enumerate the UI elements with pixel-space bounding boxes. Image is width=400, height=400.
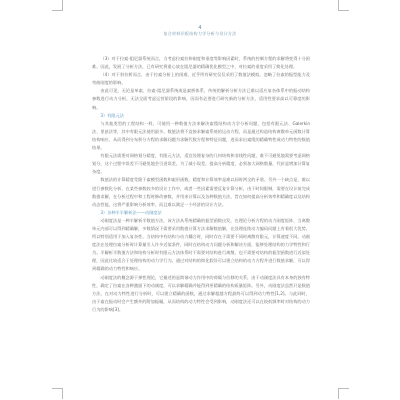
paragraph: 与其他类型的工程结构一样，可使用一种数值方法来解决索缆结构动力学分析问题，包括有… — [92, 120, 310, 152]
section-heading: 3）有限元法 — [92, 112, 310, 120]
section-heading: 3）各种半半解析法——动刚度法 — [92, 209, 310, 217]
page-header: 4 复合材料层板结构力学分析与设计方法 — [0, 25, 400, 37]
crop-mark-top-left — [52, 0, 63, 11]
body-text: （3）对于拉索-阻尼器系统而言，当考虑拉索拉伸刚度和垂度等影响因素时，系统的控制… — [92, 55, 310, 314]
crop-mark-bottom-left — [52, 388, 63, 399]
paragraph: （4）对于斜拉桥而言，由于拉索分析上的困难，近乎所有研究仅仅采用了数值法模拟，忽… — [92, 71, 310, 87]
paragraph: 动刚度法的概念源于弹性理论，它描述的是简谐动力作用中的荷载与位移的关系，由于动刚… — [92, 274, 310, 314]
crop-mark-bottom-right — [338, 388, 349, 399]
paragraph: 由此可见，无论是单索、拉索-阻尼器系统或是索桥体系，传统的解析分析方法已难以适应… — [92, 87, 310, 111]
paragraph: 数值法的计算精度受限于索模型函数和索形函数，精度和计算效率是难以同时两全的矛盾。… — [92, 176, 310, 208]
paragraph: 有限元法需要对网格划分精度，有限元方法，适宜处理复杂的几何结构和非线性问题，难不… — [92, 152, 310, 176]
paragraph: （3）对于拉索-阻尼器系统而言，当考虑拉索拉伸刚度和垂度等影响因素时，系统的控制… — [92, 55, 310, 71]
crop-mark-top-right — [338, 0, 349, 11]
running-title: 复合材料层板结构力学分析与设计方法 — [0, 31, 400, 37]
paragraph: 动刚度法是一种半解析半数值方法，该方法从系统精确的振型函数出发，在理论分析方程的… — [92, 217, 310, 274]
